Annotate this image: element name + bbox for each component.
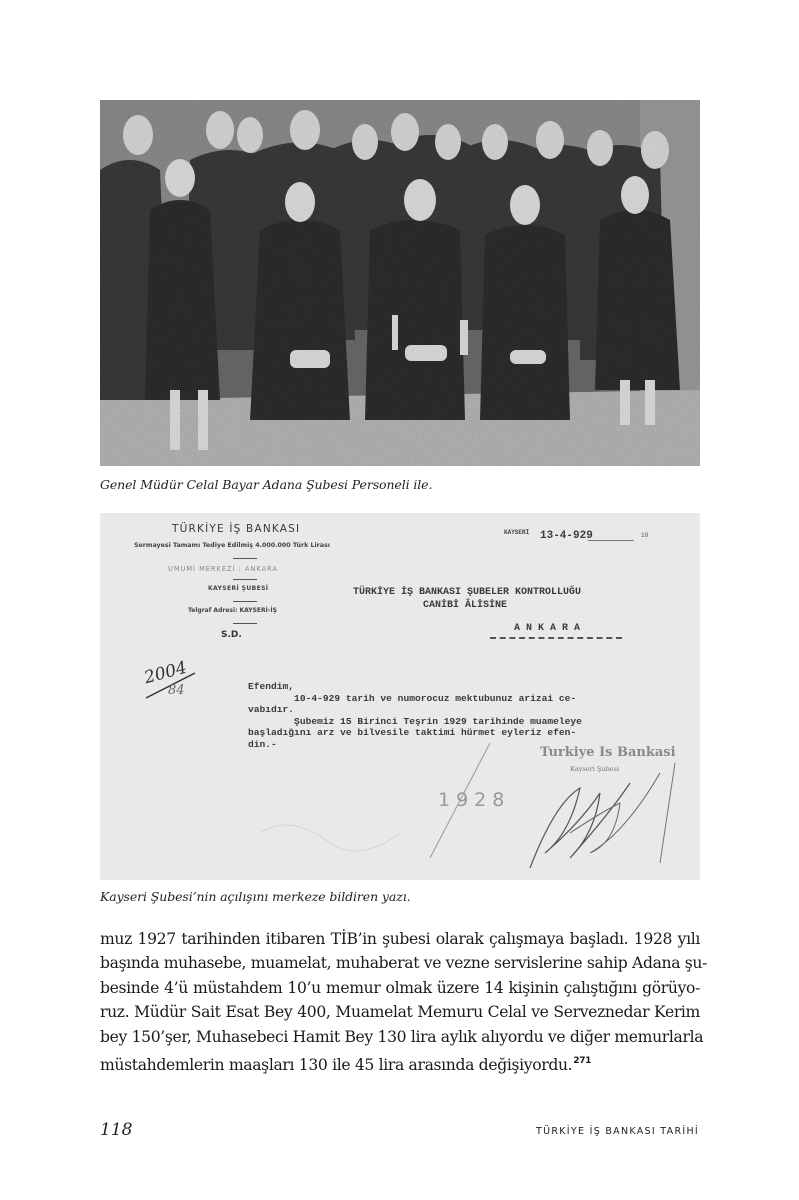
photo-illustration <box>100 100 700 466</box>
handwritten-year: 1928 <box>438 789 510 811</box>
paragraph-line: besinde 4’ü müstahdem 10’u memur olmak ü… <box>100 976 700 1000</box>
photo-caption: Genel Müdür Celal Bayar Adana Şubesi Per… <box>100 477 432 492</box>
paragraph-line-text: müstahdemlerin maaşları 130 ile 45 lira … <box>100 1056 572 1074</box>
letterhead-divider <box>233 601 257 602</box>
letterhead-divider <box>233 623 257 624</box>
footnote-reference[interactable]: 271 <box>573 1056 591 1066</box>
letter-body-line: 10-4-929 tarih ve numorocuz mektubunuz a… <box>248 693 576 704</box>
letter-body-line: Şubemiz 15 Birinci Teşrin 1929 tarihinde… <box>248 716 582 727</box>
paragraph-line-last: müstahdemlerin maaşları 130 ile 45 lira … <box>100 1049 700 1077</box>
group-photograph <box>100 100 700 466</box>
letter-date-prefix: KAYSERİ <box>504 529 529 536</box>
body-paragraph: muz 1927 tarihinden itibaren TİB’in şube… <box>100 927 700 1077</box>
letterhead-head-office: UMUMİ MERKEZİ : ANKARA <box>168 565 278 573</box>
letter-caption: Kayseri Şubesi’nin açılışını merkeze bil… <box>100 889 410 904</box>
letterhead-branch: KAYSERİ ŞUBESİ <box>208 585 268 592</box>
letter-body-line: başladığını arz ve bilvesile taktimi hür… <box>248 727 576 738</box>
letter-body: Efendim, 10-4-929 tarih ve numorocuz mek… <box>248 681 582 750</box>
letter-date-suffix: 19 <box>641 532 648 539</box>
paragraph-line: başında muhasebe, muamelat, muhaberat ve… <box>100 951 700 975</box>
running-head: TÜRKİYE İŞ BANKASI TARİHİ <box>536 1126 699 1137</box>
date-underline <box>588 540 634 541</box>
letter-city: ANKARA <box>514 623 586 634</box>
addressee-line: CANİBİ ÂLİSİNE <box>353 600 507 611</box>
letterhead-divider <box>233 579 257 580</box>
paragraph-line: muz 1927 tarihinden itibaren TİB’in şube… <box>100 927 700 951</box>
paragraph-line: ruz. Müdür Sait Esat Bey 400, Muamelat M… <box>100 1000 700 1024</box>
bank-stamp-branch: Kayseri Şubesi <box>570 765 619 773</box>
city-underline <box>490 637 622 639</box>
handwritten-subnumber: 84 <box>168 683 185 698</box>
letter-body-line: vabıdır. <box>248 704 294 715</box>
letter-addressee: TÜRKİYE İŞ BANKASI ŞUBELER KONTROLLUĞU C… <box>353 586 581 612</box>
letterhead-telegraph: Telgraf Adresi: KAYSERİ-İŞ <box>188 607 277 614</box>
letter-body-line: Efendim, <box>248 681 294 692</box>
letterhead-divider <box>233 558 257 559</box>
bank-stamp: Turkiye Is Bankasi <box>540 745 676 760</box>
addressee-line: TÜRKİYE İŞ BANKASI ŞUBELER KONTROLLUĞU <box>353 587 581 598</box>
paragraph-line: bey 150’şer, Muhasebeci Hamit Bey 130 li… <box>100 1025 700 1049</box>
scanned-letter: TÜRKİYE İŞ BANKASI Sermayesi Tamamı Tedi… <box>100 513 700 880</box>
letterhead-capital: Sermayesi Tamamı Tediye Edilmiş 4.000.00… <box>134 542 330 549</box>
letter-date: 13-4-929 <box>540 530 593 542</box>
letterhead-bank-name: TÜRKİYE İŞ BANKASI <box>172 523 300 535</box>
page-number: 118 <box>100 1120 132 1140</box>
letterhead-reference: S.D. <box>221 630 242 640</box>
letter-body-line: din.- <box>248 739 277 750</box>
